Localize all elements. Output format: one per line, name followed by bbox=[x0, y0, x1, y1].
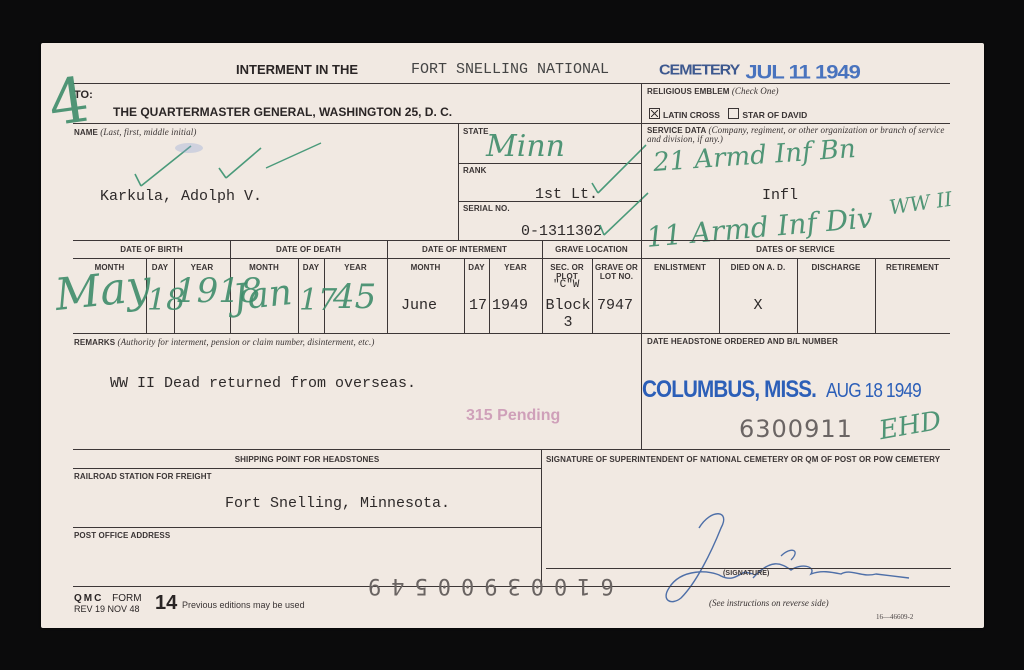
checkbox-checked-icon bbox=[649, 108, 660, 119]
rule bbox=[641, 240, 950, 241]
form-id: QMC FORM REV 19 NOV 48 bbox=[74, 594, 142, 614]
interment-day-value: 17 bbox=[469, 297, 487, 314]
name-label: NAME (Last, first, middle initial) bbox=[74, 127, 196, 137]
state-label: STATE bbox=[463, 127, 489, 136]
birth-month-value: May bbox=[53, 260, 154, 321]
signature-label: SIGNATURE OF SUPERINTENDENT OF NATIONAL … bbox=[546, 455, 946, 465]
service-war-note: WW II bbox=[888, 187, 954, 220]
railroad-value: Fort Snelling, Minnesota. bbox=[225, 495, 450, 512]
discharge-header: DISCHARGE bbox=[797, 263, 875, 272]
bl-number: 6300911 bbox=[739, 415, 853, 443]
died-on-ad-value: X bbox=[719, 297, 797, 314]
sec-plot-value: Block 3 bbox=[539, 297, 597, 331]
post-office-label: POST OFFICE ADDRESS bbox=[74, 531, 170, 540]
death-year-value: 45 bbox=[333, 277, 376, 317]
birth-day-header: DAY bbox=[146, 263, 174, 272]
interment-month-value: June bbox=[401, 297, 437, 314]
religious-emblem-options: LATIN CROSS STAR OF DAVID bbox=[649, 108, 807, 120]
religious-emblem-label: RELIGIOUS EMBLEM (Check One) bbox=[647, 86, 779, 96]
addressee: THE QUARTERMASTER GENERAL, WASHINGTON 25… bbox=[113, 105, 452, 119]
headstone-city-stamp: COLUMBUS, MISS. AUG 18 1949 bbox=[642, 376, 921, 404]
instructions-note: (See instructions on reverse side) bbox=[709, 598, 829, 608]
rule bbox=[73, 258, 641, 259]
rule bbox=[73, 123, 641, 124]
enlistment-header: ENLISTMENT bbox=[641, 263, 719, 272]
interment-card: INTERMENT IN THE FORT SNELLING NATIONAL … bbox=[41, 43, 984, 628]
death-day-header: DAY bbox=[298, 263, 324, 272]
rule bbox=[73, 240, 641, 241]
serial-label: SERIAL NO. bbox=[463, 204, 510, 213]
checkbox-empty-icon bbox=[728, 108, 739, 119]
interment-day-header: DAY bbox=[464, 263, 489, 272]
title-prefix: INTERMENT IN THE bbox=[236, 62, 358, 77]
dates-of-service-label: DATES OF SERVICE bbox=[641, 245, 950, 254]
lot-header: GRAVE OR LOT NO. bbox=[592, 263, 641, 281]
interment-label: DATE OF INTERMENT bbox=[387, 245, 542, 254]
rule bbox=[73, 333, 950, 334]
state-value: Minn bbox=[486, 129, 565, 164]
death-label: DATE OF DEATH bbox=[230, 245, 387, 254]
remarks-label: REMARKS (Authority for interment, pensio… bbox=[74, 337, 374, 347]
superintendent-signature bbox=[641, 508, 931, 608]
remarks-value: WW II Dead returned from overseas. bbox=[110, 375, 416, 392]
headstone-ordered-label: DATE HEADSTONE ORDERED AND B/L NUMBER bbox=[647, 337, 838, 346]
interment-year-header: YEAR bbox=[489, 263, 542, 272]
retirement-header: RETIREMENT bbox=[875, 263, 950, 272]
divider bbox=[387, 240, 388, 333]
pending-stamp: 315 Pending bbox=[466, 407, 560, 425]
divider bbox=[458, 123, 459, 241]
service-branch-typed: Infl bbox=[762, 187, 798, 204]
star-of-david-checkbox[interactable]: STAR OF DAVID bbox=[728, 110, 807, 120]
clerk-initials: EHD bbox=[877, 406, 944, 446]
lot-value: 7947 bbox=[597, 297, 633, 314]
rule bbox=[73, 449, 950, 450]
interment-year-value: 1949 bbox=[492, 297, 528, 314]
sec-plot-top-value: "C"W bbox=[553, 279, 579, 291]
received-date-stamp: CEMETERYJUL 11 1949 bbox=[659, 60, 860, 83]
death-year-header: YEAR bbox=[324, 263, 387, 272]
rule bbox=[73, 527, 541, 528]
latin-cross-checkbox[interactable]: LATIN CROSS bbox=[649, 110, 720, 120]
died-on-ad-header: DIED ON A. D. bbox=[719, 263, 797, 272]
cemetery-label: CEMETERY bbox=[659, 63, 739, 78]
rule bbox=[641, 258, 950, 259]
birth-label: DATE OF BIRTH bbox=[73, 245, 230, 254]
rule bbox=[73, 83, 950, 84]
inverted-serial-stamp: 61003900549 bbox=[358, 573, 614, 598]
rank-label: RANK bbox=[463, 166, 487, 175]
divider bbox=[541, 449, 542, 586]
railroad-label: RAILROAD STATION FOR FREIGHT bbox=[74, 472, 212, 481]
signature-caption: (SIGNATURE) bbox=[723, 570, 769, 577]
print-code: 16—46609-2 bbox=[876, 613, 913, 621]
cemetery-name: FORT SNELLING NATIONAL bbox=[411, 61, 609, 78]
death-day-value: 17 bbox=[299, 283, 337, 318]
rule bbox=[641, 123, 950, 124]
form-number: 14 bbox=[155, 592, 177, 615]
check-marks bbox=[131, 138, 331, 198]
shipping-point-label: SHIPPING POINT FOR HEADSTONES bbox=[73, 455, 541, 464]
grave-location-label: GRAVE LOCATION bbox=[542, 245, 641, 254]
death-month-value: Jan bbox=[231, 272, 294, 319]
rule bbox=[73, 468, 541, 469]
interment-month-header: MONTH bbox=[387, 263, 464, 272]
previous-editions-note: Previous editions may be used bbox=[182, 600, 305, 610]
signature-line bbox=[546, 568, 951, 569]
